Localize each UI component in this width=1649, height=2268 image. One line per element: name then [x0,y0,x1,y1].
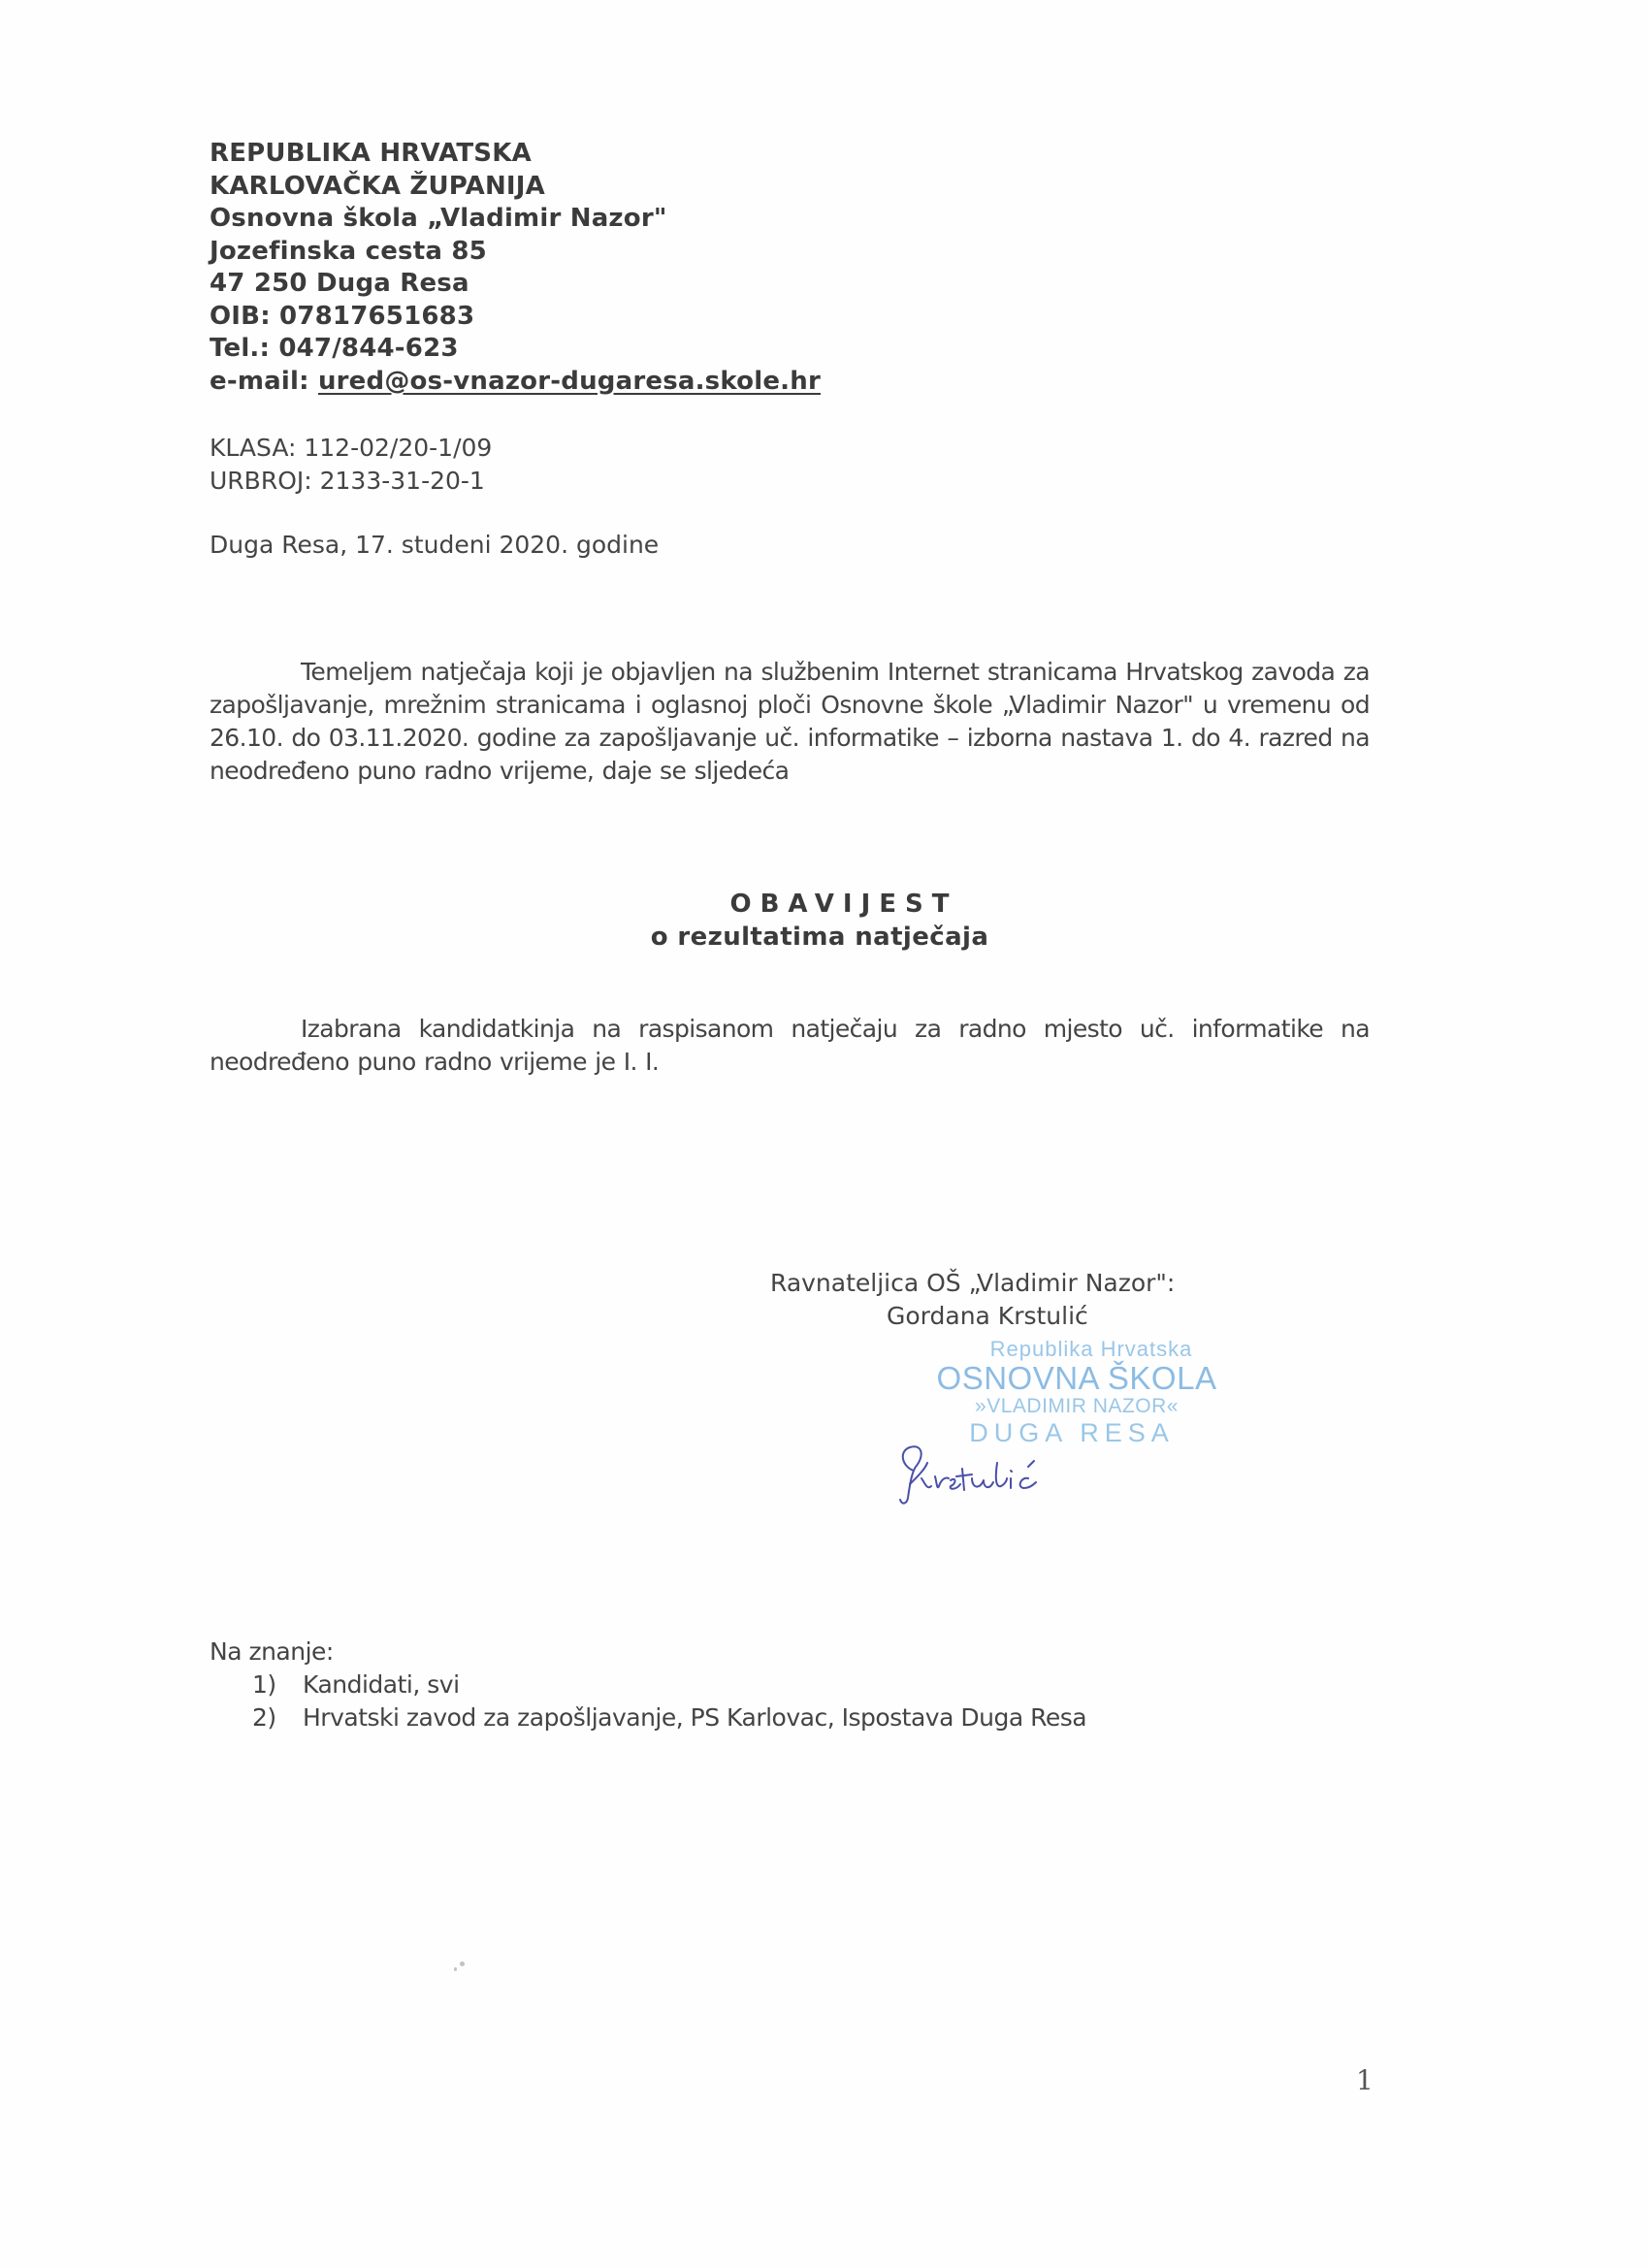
notice-subtitle: o rezultatima natječaja [0,921,1649,954]
distribution-list: Na znanje: 1)Kandidati, svi 2)Hrvatski z… [210,1636,1086,1734]
official-stamp: Republika Hrvatska OSNOVNA ŠKOLA »VLADIM… [912,1337,1242,1447]
email-link[interactable]: ured@os-vnazor-dugaresa.skole.hr [318,367,821,396]
stamp-line-3: »VLADIMIR NAZOR« [912,1395,1242,1418]
notice-title: OBAVIJEST [0,888,1649,921]
klasa: KLASA: 112-02/20-1/09 [210,432,492,465]
letterhead-email-line: e-mail: ured@os-vnazor-dugaresa.skole.hr [210,366,821,399]
letterhead-tel: Tel.: 047/844-623 [210,333,821,366]
letterhead-school: Osnovna škola „Vladimir Nazor" [210,203,821,236]
item-number: 1) [252,1669,303,1701]
item-text: Kandidati, svi [303,1670,460,1699]
letterhead-county: KARLOVAČKA ŽUPANIJA [210,171,821,204]
reference-numbers: KLASA: 112-02/20-1/09 URBROJ: 2133-31-20… [210,432,492,498]
letterhead-country: REPUBLIKA HRVATSKA [210,138,821,171]
urbroj: URBROJ: 2133-31-20-1 [210,465,492,498]
stamp-line-2: OSNOVNA ŠKOLA [912,1362,1242,1395]
result-paragraph: Izabrana kandidatkinja na raspisanom nat… [210,1013,1370,1079]
distribution-items: 1)Kandidati, svi 2)Hrvatski zavod za zap… [210,1669,1086,1734]
signatory-name: Gordana Krstulić [887,1300,1088,1333]
scan-speck [460,1961,465,1966]
handwritten-signature-icon [892,1442,1077,1509]
page-number: 1 [1356,2064,1374,2096]
letterhead-street: Jozefinska cesta 85 [210,236,821,269]
letterhead-city: 47 250 Duga Resa [210,268,821,301]
letterhead-oib: OIB: 07817651683 [210,301,821,334]
distribution-item: 1)Kandidati, svi [252,1669,1086,1701]
email-label: e-mail: [210,367,318,396]
distribution-label: Na znanje: [210,1636,1086,1669]
scan-speck [454,1967,457,1971]
signatory-role: Ravnateljica OŠ „Vladimir Nazor": [770,1267,1175,1300]
intro-text: Temeljem natječaja koji je objavljen na … [210,658,1370,785]
intro-paragraph-text: Temeljem natječaja koji je objavljen na … [210,656,1370,788]
notice-heading: OBAVIJEST o rezultatima natječaja [0,888,1649,954]
document-page: REPUBLIKA HRVATSKA KARLOVAČKA ŽUPANIJA O… [0,0,1649,2268]
item-number: 2) [252,1701,303,1734]
result-text: Izabrana kandidatkinja na raspisanom nat… [210,1015,1370,1076]
result-paragraph-text: Izabrana kandidatkinja na raspisanom nat… [210,1013,1370,1079]
letterhead: REPUBLIKA HRVATSKA KARLOVAČKA ŽUPANIJA O… [210,138,821,398]
date-line: Duga Resa, 17. studeni 2020. godine [210,529,659,562]
distribution-item: 2)Hrvatski zavod za zapošljavanje, PS Ka… [252,1701,1086,1734]
item-text: Hrvatski zavod za zapošljavanje, PS Karl… [303,1703,1086,1732]
intro-paragraph: Temeljem natječaja koji je objavljen na … [210,656,1370,788]
stamp-line-1: Republika Hrvatska [912,1337,1242,1362]
